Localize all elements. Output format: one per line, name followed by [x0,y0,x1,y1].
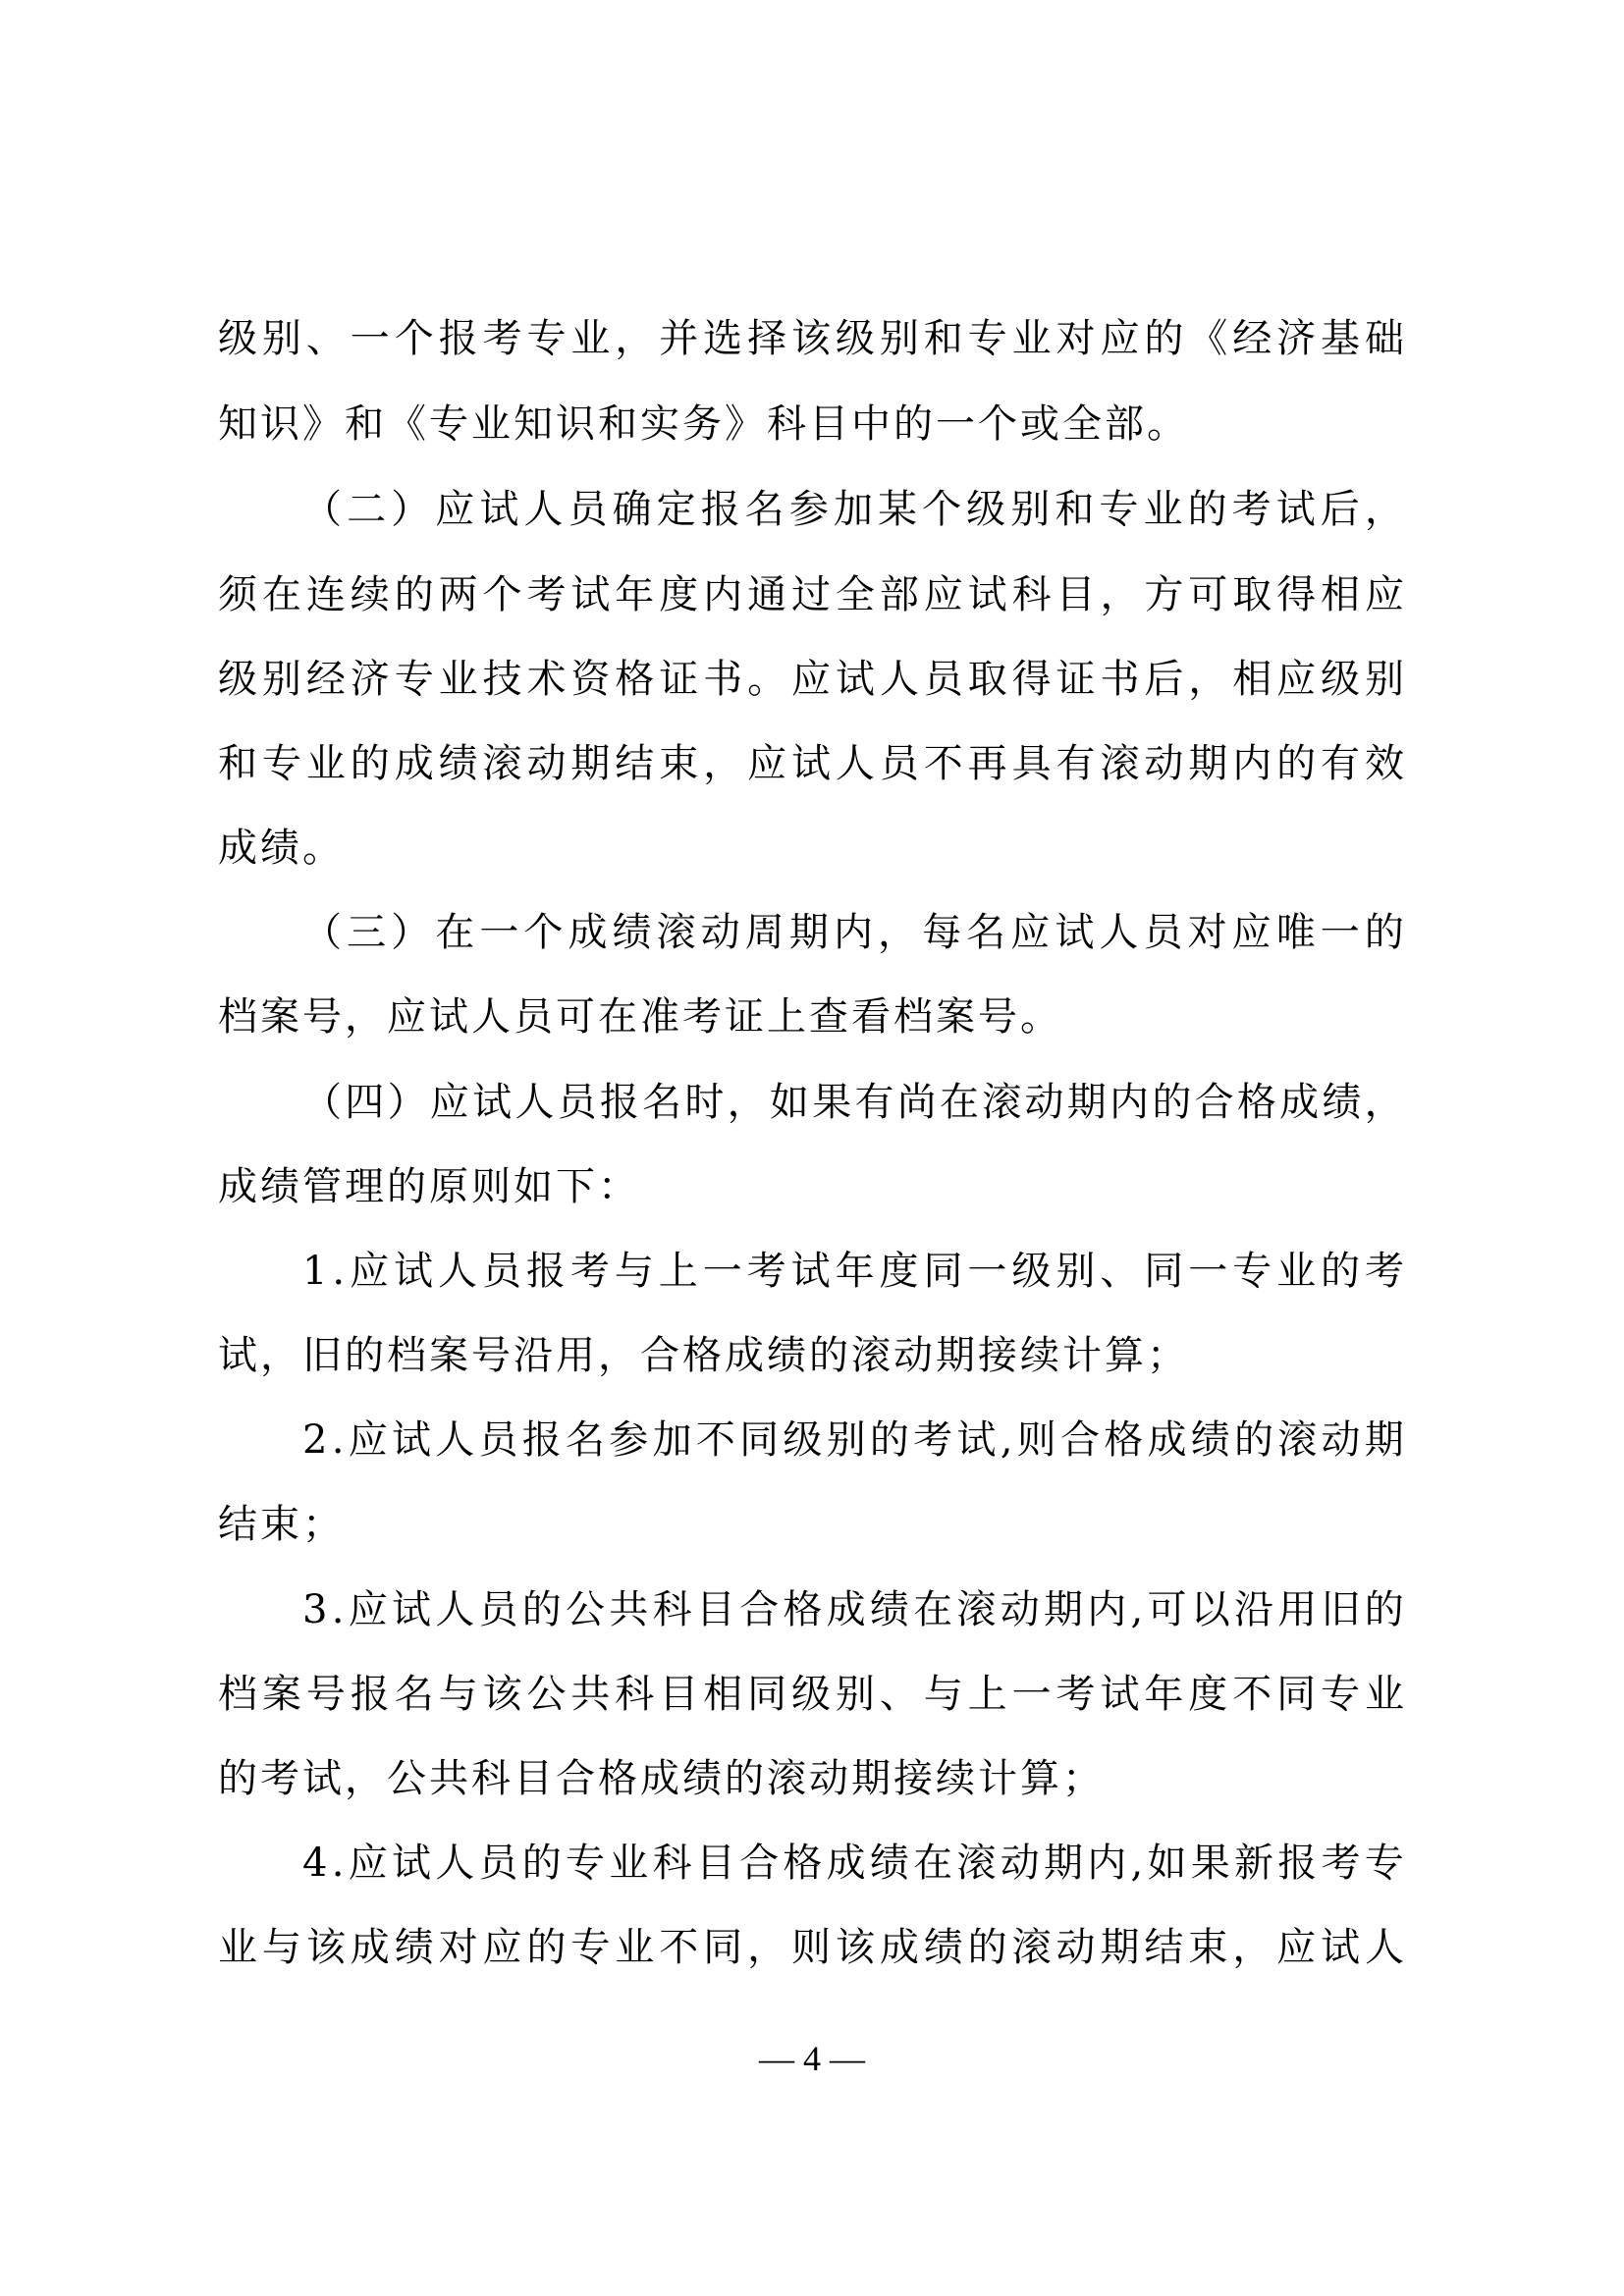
text-line: 和专业的成绩滚动期结束，应试人员不再具有滚动期内的有效 [218,734,1404,793]
text-line: 结束； [218,1495,1404,1554]
text-line: 档案号报名与该公共科目相同级别、与上一考试年度不同专业 [218,1665,1404,1724]
text-line: 级别、一个报考专业，并选择该级别和专业对应的《经济基础 [218,309,1404,368]
list-item-1-start: 1.应试人员报考与上一考试年度同一级别、同一专业的考 [302,1242,1404,1301]
paragraph-4-start: （四）应试人员报名时，如果有尚在滚动期内的合格成绩， [302,1073,1404,1132]
document-page: 级别、一个报考专业，并选择该级别和专业对应的《经济基础 知识》和《专业知识和实务… [0,0,1624,2296]
text-line: 级别经济专业技术资格证书。应试人员取得证书后，相应级别 [218,650,1404,709]
text-line: 知识》和《专业知识和实务》科目中的一个或全部。 [218,395,1404,454]
text-line: 成绩。 [218,819,1404,878]
text-line: 试，旧的档案号沿用，合格成绩的滚动期接续计算； [218,1326,1404,1385]
list-item-3-start: 3.应试人员的公共科目合格成绩在滚动期内,可以沿用旧的 [302,1580,1404,1639]
text-line: 档案号，应试人员可在准考证上查看档案号。 [218,988,1404,1046]
list-item-4-start: 4.应试人员的专业科目合格成绩在滚动期内,如果新报考专 [302,1834,1404,1893]
paragraph-2-start: （二）应试人员确定报名参加某个级别和专业的考试后， [302,480,1404,539]
text-line: 成绩管理的原则如下： [218,1157,1404,1216]
page-number: — 4 — [0,2034,1624,2083]
list-item-2-start: 2.应试人员报名参加不同级别的考试,则合格成绩的滚动期 [302,1411,1404,1469]
paragraph-3-start: （三）在一个成绩滚动周期内，每名应试人员对应唯一的 [302,903,1404,962]
text-line: 的考试，公共科目合格成绩的滚动期接续计算； [218,1749,1404,1808]
text-line: 业与该成绩对应的专业不同，则该成绩的滚动期结束，应试人 [218,1918,1404,1977]
text-line: 须在连续的两个考试年度内通过全部应试科目，方可取得相应 [218,565,1404,624]
